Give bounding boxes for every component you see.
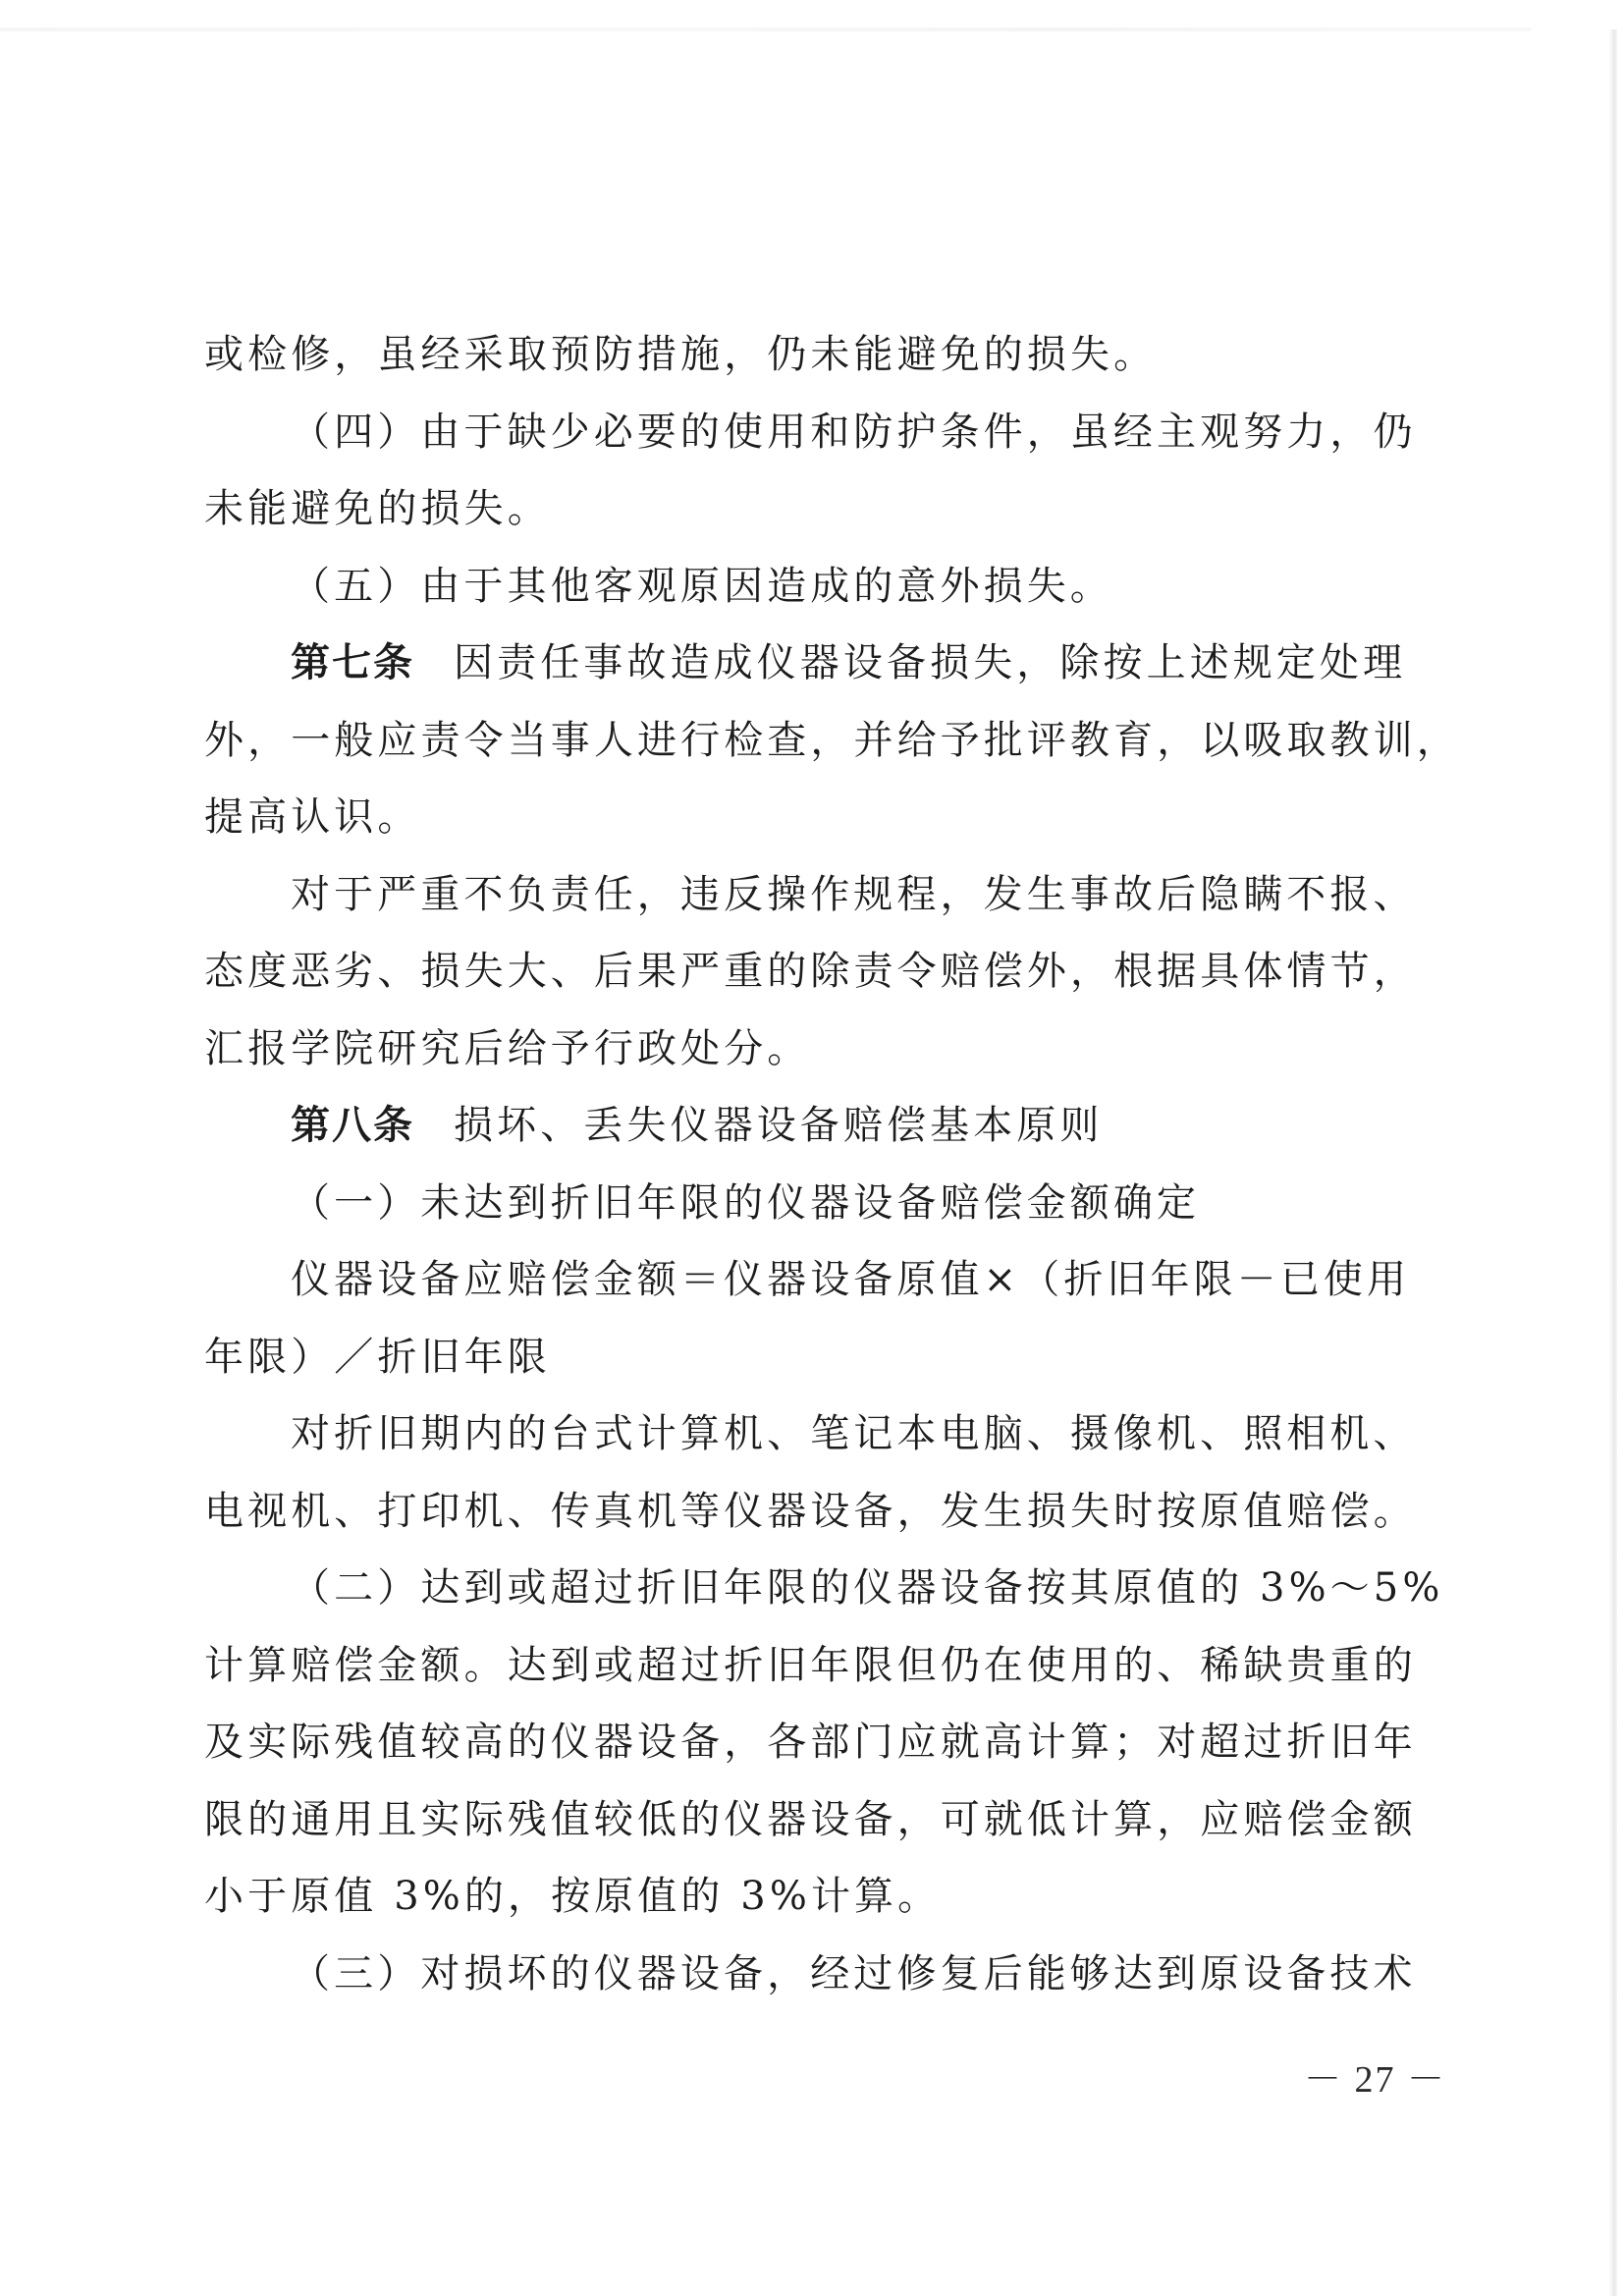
document-body: 或检修，虽经采取预防措施，仍未能避免的损失。 （四）由于缺少必要的使用和防护条件… <box>204 316 1418 2012</box>
article-7-heading: 第七条 <box>291 640 414 685</box>
formula-line-continued: 年限）／折旧年限 <box>204 1319 1418 1396</box>
paragraph-start: 对折旧期内的台式计算机、笔记本电脑、摄像机、照相机、 <box>204 1395 1418 1473</box>
body-line: 未能避免的损失。 <box>204 470 1418 548</box>
body-line: 限的通用且实际残值较低的仪器设备，可就低计算，应赔偿金额 <box>204 1781 1418 1859</box>
scan-artifact-right-edge <box>1609 29 1617 2296</box>
body-line: 电视机、打印机、传真机等仪器设备，发生损失时按原值赔偿。 <box>204 1473 1418 1551</box>
body-line: 或检修，虽经采取预防措施，仍未能避免的损失。 <box>204 316 1418 394</box>
body-line: 小于原值 3%的，按原值的 3%计算。 <box>204 1858 1418 1936</box>
body-line: 态度恶劣、损失大、后果严重的除责令赔偿外，根据具体情节， <box>204 933 1418 1011</box>
article-8-text: 损坏、丢失仪器设备赔偿基本原则 <box>454 1103 1104 1148</box>
article-7-text: 因责任事故造成仪器设备损失，除按上述规定处理 <box>454 640 1406 685</box>
scan-artifact-top <box>0 27 1532 31</box>
body-line: 外，一般应责令当事人进行检查，并给予批评教育，以吸取教训， <box>204 702 1418 780</box>
body-line: 提高认识。 <box>204 779 1418 856</box>
clause-1: （一）未达到折旧年限的仪器设备赔偿金额确定 <box>204 1165 1418 1242</box>
clause-3: （三）对损坏的仪器设备，经过修复后能够达到原设备技术 <box>204 1936 1418 2013</box>
article-8: 第八条损坏、丢失仪器设备赔偿基本原则 <box>204 1087 1418 1165</box>
article-7: 第七条因责任事故造成仪器设备损失，除按上述规定处理 <box>204 625 1418 702</box>
body-line: 汇报学院研究后给予行政处分。 <box>204 1011 1418 1088</box>
body-line: 计算赔偿金额。达到或超过折旧年限但仍在使用的、稀缺贵重的 <box>204 1627 1418 1705</box>
formula-line: 仪器设备应赔偿金额＝仪器设备原值×（折旧年限－已使用 <box>204 1241 1418 1319</box>
clause-2: （二）达到或超过折旧年限的仪器设备按其原值的 3%～5% <box>204 1550 1418 1627</box>
clause-4: （四）由于缺少必要的使用和防护条件，虽经主观努力，仍 <box>204 394 1418 471</box>
article-8-heading: 第八条 <box>291 1103 414 1148</box>
paragraph-start: 对于严重不负责任，违反操作规程，发生事故后隐瞒不报、 <box>204 856 1418 934</box>
clause-5: （五）由于其他客观原因造成的意外损失。 <box>204 548 1418 626</box>
body-line: 及实际残值较高的仪器设备，各部门应就高计算；对超过折旧年 <box>204 1704 1418 1781</box>
page-number: － 27 － <box>1304 2049 1446 2103</box>
